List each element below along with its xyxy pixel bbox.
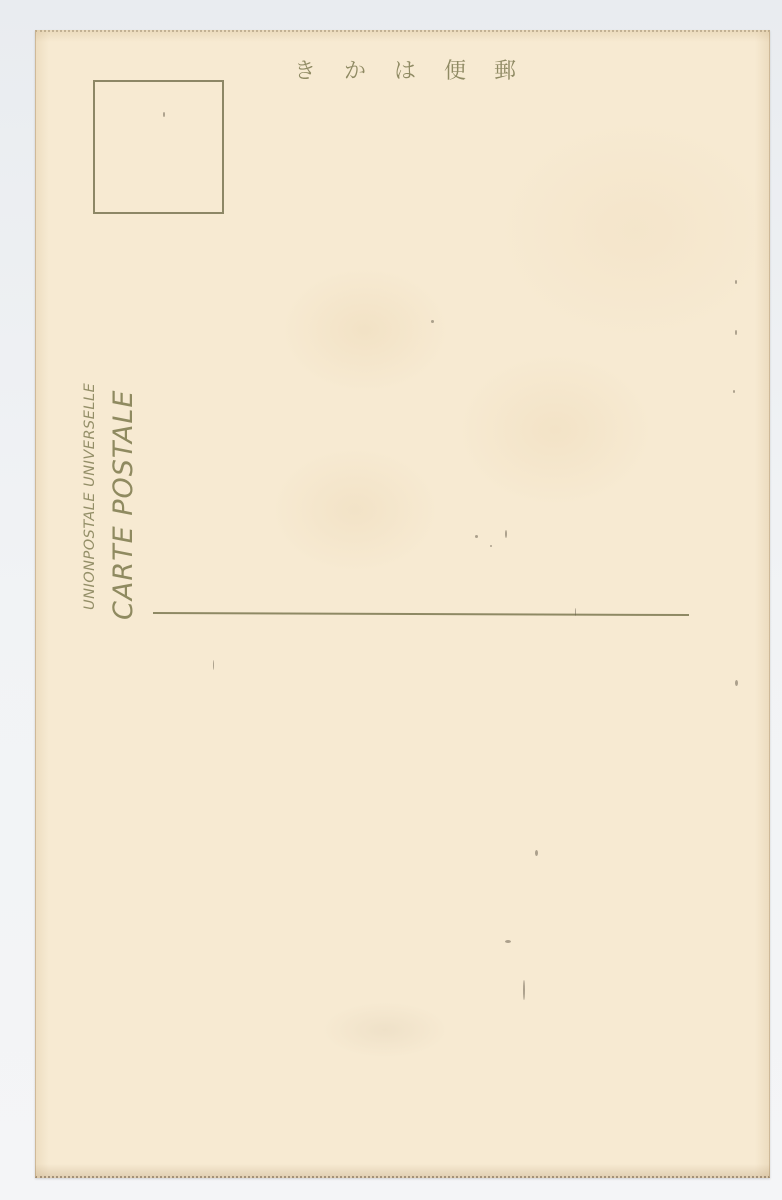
- paper-speck: [475, 535, 478, 538]
- paper-speck: [575, 608, 576, 616]
- stamp-box-icon: [93, 80, 224, 214]
- divider-line: [153, 612, 689, 616]
- heading-char: は: [385, 54, 425, 85]
- heading-char: か: [335, 54, 375, 85]
- postcard: き か は 便 郵 UNIONPOSTALE UNIVERSELLE CARTE…: [35, 30, 770, 1178]
- paper-speck: [505, 940, 511, 943]
- heading-char: き: [285, 54, 325, 85]
- paper-speck: [535, 850, 538, 856]
- union-postale-text: UNIONPOSTALE UNIVERSELLE: [82, 383, 98, 610]
- paper-speck: [505, 530, 507, 538]
- paper-speck: [735, 330, 737, 335]
- paper-speck: [735, 680, 738, 686]
- paper-speck: [733, 390, 735, 393]
- postcard-heading: き か は 便 郵: [285, 54, 525, 85]
- paper-speck: [431, 320, 434, 323]
- paper-speck: [735, 280, 737, 284]
- paper-speck: [163, 112, 165, 117]
- heading-char: 郵: [485, 54, 525, 85]
- paper-speck: [523, 980, 525, 1000]
- paper-speck: [213, 660, 214, 670]
- paper-speck: [490, 545, 492, 547]
- carte-postale-title: CARTE POSTALE: [108, 390, 139, 620]
- heading-char: 便: [435, 54, 475, 85]
